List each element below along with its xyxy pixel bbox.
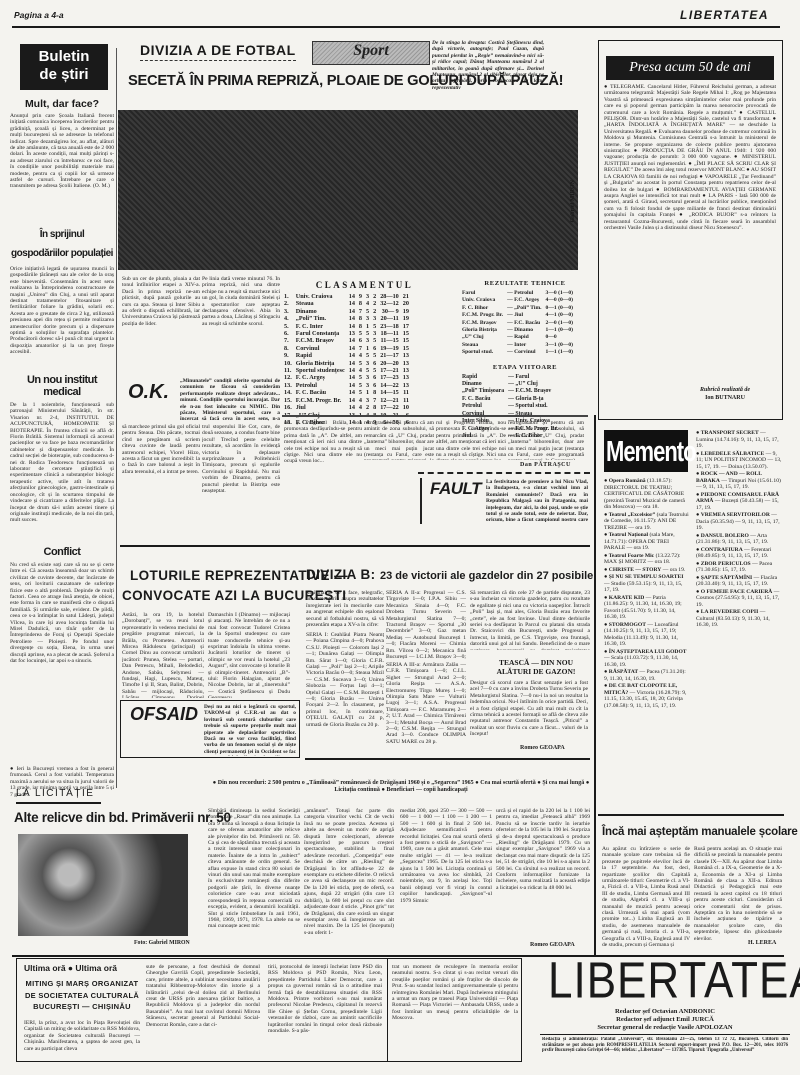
fixture-cell-home: Petrolul <box>460 403 506 410</box>
standings-cell-e: 1 <box>364 345 371 352</box>
article-text: Damaschin I (Dinamo) — mijlocași și atac… <box>208 612 290 698</box>
standings-cell-team: „Poli” Tim. <box>294 315 347 322</box>
memento-item-text: — Studio (59.53.15): 9, 11, 13, 15, 17, … <box>604 581 682 594</box>
fixture-row: „Poli” Timișoara— F.C.M. Brașov <box>460 388 560 395</box>
result-row: „U” Cluj— Rapid0—0 <box>460 334 575 341</box>
standings-cell-pos: 3. <box>282 308 294 315</box>
standings-row: 14.F. C. Bacău1451814—1511 <box>282 389 411 396</box>
standings-cell-team: F. C. Inter <box>294 323 347 330</box>
buletin-item-text: De la 1 noiembrie, funcționează sub patr… <box>10 402 114 538</box>
standings-cell-e: 3 <box>364 382 371 389</box>
result-cell-away: — F.C. Bacău <box>505 320 543 327</box>
memento-right-list: TRANSPORT SECRET — Lumina (14.74.16): 9,… <box>696 430 784 760</box>
standings-cell-v: 5 <box>357 330 364 337</box>
divizia-b-title: 23 de victorii ale gazdelor din 27 posib… <box>380 570 593 582</box>
next-round-title: ETAPA VIITOARE <box>460 364 590 371</box>
standings-cell-v: 4 <box>357 352 364 359</box>
standings-row: 16.Jiul1442817—2210 <box>282 404 411 411</box>
standings-row: 3.Dinamo1475230— 919 <box>282 308 411 315</box>
teasca-headline: TEASCĂ — DIN NOU ALĂTURI DE GAZON! <box>488 658 584 676</box>
section-rule <box>305 758 590 760</box>
memento-label: Memento <box>606 426 696 478</box>
article-text: SERIA A III-a: Armătura Zalău — C.F.R. T… <box>386 662 466 752</box>
fault-label: FAULT <box>430 479 481 499</box>
memento-item-title: TRANSPORT SECRET <box>696 430 759 436</box>
memento-item-title: STORMOGOT <box>604 622 646 628</box>
standings-cell-goals: 14—15 <box>378 389 401 396</box>
buletin-item-title: Conflict <box>10 546 114 558</box>
standings-cell-j: 14 <box>347 404 357 411</box>
fixture-cell-home: Dinamo <box>460 381 506 388</box>
standings-cell-j: 14 <box>347 382 357 389</box>
standings-cell-v: 4 <box>357 397 364 404</box>
standings-cell-goals: 30— 9 <box>378 308 401 315</box>
standings-cell-v: 8 <box>357 315 364 322</box>
article-text: rul și Progresul Brăila, nou promovata d… <box>436 420 506 460</box>
standings-cell-pos: 15. <box>282 397 294 404</box>
memento-item: ROCK — AND — ROLL BABAKA — Timpuri Noi (… <box>696 471 784 491</box>
fixture-cell-home: F. C. Bacău <box>460 396 506 403</box>
memento-item: CONTRAFIURA — Ferentari (80.49.85): 9, 1… <box>696 547 784 560</box>
standings-cell-e: 5 <box>364 330 371 337</box>
standings: CLASAMENTUL 1.Univ. Craiova1493228—10212… <box>282 280 447 426</box>
standings-cell-pos: 4. <box>282 315 294 322</box>
standings-cell-pts: 15 <box>401 345 411 352</box>
article-text: retrogradabil! Și pentru că am amintit d… <box>508 420 584 460</box>
results-table: Farul— Petrolul3—0 (1—0)Univ. Craiova— F… <box>460 290 575 357</box>
memento-item: PIEDONE COMISARUL FĂRĂ ARMĂ — Buzești (5… <box>696 492 784 512</box>
auction-photo <box>18 834 188 936</box>
standings-cell-v: 6 <box>357 337 364 344</box>
divizia-a-kicker: DIVIZIA A DE FOTBAL <box>140 42 296 61</box>
memento-item: LA REVEDERE COPII — Cultural (83.50.13):… <box>696 609 784 629</box>
standings-cell-v: 9 <box>357 293 364 300</box>
standings-cell-team: Univ. Craiova <box>294 293 347 300</box>
result-cell-home: Steaua <box>460 342 505 349</box>
table-rule <box>282 415 588 417</box>
result-cell-home: Farul <box>460 290 505 297</box>
standings-cell-pts: 11 <box>401 389 411 396</box>
result-cell-score: 1—1 (0—0) <box>544 327 576 334</box>
article-text: tirii, protocolul de intenții încheiat î… <box>268 964 382 1060</box>
standings-cell-j: 13 <box>347 330 357 337</box>
masthead-imprint: Redacția și administrația: Palatul „Univ… <box>542 1037 788 1067</box>
result-cell-home: Sportul stud. <box>460 349 505 356</box>
licitatie-deck: ● Din nou recorduri: 2 500 pentru o „Tăm… <box>212 780 590 795</box>
fixture-cell-away: — Sportul stud. <box>506 403 560 410</box>
standings-cell-team: F.C.M. Progr. Br. <box>294 397 347 404</box>
standings-cell-goals: 17—21 <box>378 367 401 374</box>
buletin-item-text: Anunțul prin care Școala Italiană frecen… <box>10 113 114 219</box>
standings-cell-pts: 11 <box>401 397 411 404</box>
standings-cell-i: 6 <box>371 345 378 352</box>
standings-cell-j: 14 <box>347 308 357 315</box>
standings-cell-pos: 2. <box>282 300 294 307</box>
standings-cell-e: 1 <box>364 389 371 396</box>
masthead-rule <box>540 1034 790 1035</box>
standings-cell-pts: 13 <box>401 352 411 359</box>
result-row: F.C.M. Progr. Br.— Jiul4—1 (0—0) <box>460 312 575 319</box>
memento-item: KARATE KID — Patria (11.86.25): 9, 11.30… <box>604 595 690 621</box>
buletin-item-title: Mult, dar face? <box>10 98 114 110</box>
standings-cell-goals: 14—22 <box>378 382 401 389</box>
standings-cell-pos: 5. <box>282 323 294 330</box>
standings-cell-pts: 10 <box>401 404 411 411</box>
standings-row: 6.Farul Constanța1355318—1115 <box>282 330 411 337</box>
presa-byline-label: Rubrică realizată de <box>700 386 750 394</box>
column-divider <box>116 48 117 788</box>
standings-cell-j: 14 <box>347 367 357 374</box>
article-text: să marcheze primul său gol oficial pentr… <box>122 424 200 534</box>
ok-label: O.K. <box>128 381 169 404</box>
result-row: F.C.M. Brașov— F.C. Bacău2—0 (1—0) <box>460 320 575 327</box>
article-text: rul și Progresul Brăila, nou promovata d… <box>284 420 362 530</box>
standings-cell-e: 2 <box>364 404 371 411</box>
standings-cell-e: 3 <box>364 397 371 404</box>
result-cell-home: „U” Cluj <box>460 334 505 341</box>
standings-cell-pts: 13 <box>401 382 411 389</box>
licitatie-headline: Alte relicve din bd. Primăverii nr. 50 <box>14 810 231 825</box>
memento-item-title: RĂSPĂTAT <box>604 669 638 675</box>
fixture-row: F. C. Bacău— Gloria B-ța <box>460 396 560 403</box>
standings-cell-pos: 7. <box>282 337 294 344</box>
memento-item: TRANSPORT SECRET — Lumina (14.74.16): 9,… <box>696 430 784 450</box>
standings-cell-j: 14 <box>347 323 357 330</box>
fixture-cell-away: — „U” Cluj <box>506 381 560 388</box>
ultima-ora-kicker: Ultima oră ● Ultima oră <box>24 963 117 973</box>
result-row: Univ. Craiova— F.C. Argeș4—0 (0—0) <box>460 297 575 304</box>
article-text: SERIA I: Ceahlăul Piatra Neamț — Poiana … <box>306 632 384 752</box>
memento-item-title: Teatrul „Excelsior” <box>604 512 655 518</box>
manuale-headline: Încă mai așteptăm manualele școlare <box>602 826 792 838</box>
standings-cell-goals: 17—23 <box>378 374 401 381</box>
standings-title: CLASAMENTUL <box>282 280 447 290</box>
result-cell-away: — F.C. Argeș <box>505 297 543 304</box>
section-rule <box>120 545 590 547</box>
fixture-row: Rapid— Farul <box>460 374 560 381</box>
standings-cell-pts: 13 <box>401 360 411 367</box>
memento-item-text: — Scala (11.03.72): 9, 11.30, 14, 16.30,… <box>604 655 678 668</box>
running-masthead: LIBERTATEA <box>680 8 769 22</box>
standings-cell-i: 3 <box>371 330 378 337</box>
standings-cell-pos: 9. <box>282 352 294 359</box>
standings-cell-v: 4 <box>357 367 364 374</box>
standings-row: 9.Rapid1445521—1713 <box>282 352 411 359</box>
masthead-title: LIBERTATEA <box>548 956 788 1007</box>
standings-cell-j: 14 <box>347 352 357 359</box>
memento-item: Opera Română (13.18.57): DIRECTORUL DE T… <box>604 478 690 511</box>
memento-item: ȘI NU SE TEMPLU SOARTEI — Studio (59.53.… <box>604 574 690 594</box>
memento-item: Teatrul „Excelsior” (sala Teatrului de C… <box>604 512 690 532</box>
masthead-staff: Redactor șef Octavian ANDRONIC Redactor … <box>540 1008 790 1032</box>
article-text: sute de persoane, a fost deschisă de dom… <box>146 964 260 1060</box>
article-text: trul stoperului Ilie Cot, care, de două … <box>202 424 280 534</box>
standings-cell-e: 4 <box>364 300 371 307</box>
standings-cell-goals: 20—20 <box>378 360 401 367</box>
buletin-item-title: Un nou institut medical <box>10 374 114 398</box>
memento-item: VREMEA SERVITORILOR — Dacia (50.35.94) —… <box>696 512 784 532</box>
memento-item-title: KARATE KID <box>604 595 644 601</box>
memento-item-title: O FEMEIE FACE CARIERĂ <box>696 589 772 595</box>
standings-cell-pos: 12. <box>282 374 294 381</box>
standings-cell-i: 5 <box>371 352 378 359</box>
standings-cell-i: 5 <box>371 323 378 330</box>
standings-cell-e: 1 <box>364 323 371 330</box>
memento-item-title: VREMEA SERVITORILOR <box>696 512 770 518</box>
fixture-cell-home: Rapid <box>460 374 506 381</box>
memento-item-text: — ora 19. <box>663 567 686 573</box>
fixture-cell-away: — Farul <box>506 374 560 381</box>
result-cell-away: — Inter <box>505 342 543 349</box>
standings-row: 5.F. C. Inter1481523—1817 <box>282 323 411 330</box>
standings-cell-j: 14 <box>347 293 357 300</box>
masthead-deputy-editor: Redactor șef adjunct Emil JURCĂ <box>540 1016 790 1024</box>
standings-cell-pts: 20 <box>401 300 411 307</box>
memento-item: ÎN AȘTEPTAREA LUI GODOT — Scala (11.03.7… <box>604 649 690 669</box>
result-cell-home: F. C. Bihor <box>460 305 505 312</box>
byline: Romeo GEOAPA <box>530 942 575 948</box>
standings-cell-pos: 6. <box>282 330 294 337</box>
standings-cell-team: F. C. Argeș <box>294 374 347 381</box>
standings-row: 12.F. C. Argeș1453617—2313 <box>282 374 411 381</box>
standings-cell-team: Jiul <box>294 404 347 411</box>
result-row: Sportul stud.— Corvinul1—1 (1—0) <box>460 349 575 356</box>
buletin-label-line1: Buletin <box>20 48 108 66</box>
standings-cell-pos: 10. <box>282 360 294 367</box>
result-cell-home: F.C.M. Progr. Br. <box>460 312 505 319</box>
standings-row: 13.Petrolul1453614—2213 <box>282 382 411 389</box>
standings-cell-e: 3 <box>364 374 371 381</box>
standings-cell-e: 5 <box>364 308 371 315</box>
memento-item-title: LEBEDELE SĂLBATICE <box>696 451 764 457</box>
memento-item: Teatrul Foarte Mic (13.22.72): MAX ȘI MO… <box>604 553 690 566</box>
fixture-cell-away: — Gloria B-ța <box>506 396 560 403</box>
standings-row: 1.Univ. Craiova1493228—1021 <box>282 293 411 300</box>
standings-cell-team: F.C.M. Brașov <box>294 337 347 344</box>
result-cell-score: 4—0 (0—0) <box>544 297 576 304</box>
standings-row: 10.Gloria Bistrița1453620—2013 <box>282 360 411 367</box>
standings-cell-i: 5 <box>371 337 378 344</box>
result-cell-away: — Jiul <box>505 312 543 319</box>
results-title: REZULTATE TEHNICE <box>460 280 590 287</box>
standings-row: 4.„Poli” Tim.1483320—1119 <box>282 315 411 322</box>
page-number: Pagina a 4-a <box>14 10 64 20</box>
buletin-item-text: Nu cred să existe soți care să nu se și … <box>10 562 114 762</box>
standings-cell-goals: 21—17 <box>378 352 401 359</box>
standings-cell-goals: 19—19 <box>378 345 401 352</box>
memento-item: ȘAPTE SĂPTĂMÎNI — Flacăra (20.33.40): 9,… <box>696 575 784 588</box>
memento-item-title: ȘAPTE SĂPTĂMÎNI <box>696 575 752 581</box>
article-text: Desigur că scorul care a făcut senzație … <box>470 680 588 740</box>
divizia-b-prefix: DIVIZIA B: <box>306 567 376 582</box>
standings-cell-v: 8 <box>357 300 364 307</box>
standings-cell-e: 3 <box>364 360 371 367</box>
memento-item-title: LA REVEDERE COPII <box>696 609 758 615</box>
result-cell-home: Gloria Bistrița <box>460 327 505 334</box>
result-cell-score: 1—1 (1—0) <box>544 349 576 356</box>
standings-cell-j: 14 <box>347 315 357 322</box>
standings-cell-v: 7 <box>357 345 364 352</box>
result-cell-score: 4—1 (0—0) <box>544 312 576 319</box>
standings-cell-j: 14 <box>347 374 357 381</box>
buletin-item-text: Orice inițiativă legată de ușurarea munc… <box>10 266 114 368</box>
result-cell-away: — Petrolul <box>505 290 543 297</box>
standings-cell-j: 14 <box>347 360 357 367</box>
presa-byline-name: Ion BUTNARU <box>700 394 750 402</box>
standings-cell-v: 5 <box>357 360 364 367</box>
article-text: Mai înainte de a face, telegrafic, un co… <box>306 590 384 630</box>
byline: Dan PĂTRAȘCU <box>520 462 571 468</box>
result-cell-home: Univ. Craiova <box>460 297 505 304</box>
standings-cell-e: 3 <box>364 337 371 344</box>
standings-cell-goals: 20—11 <box>378 315 401 322</box>
memento-item-title: Teatrul Foarte Mic <box>604 553 654 559</box>
ultima-ora-headline: MITING ȘI MARȘ ORGANIZAT DE SOCIETATEA C… <box>24 978 140 1013</box>
loturile-headline-line1: LOTURILE REPREZENTATIVE — <box>122 566 312 586</box>
standings-cell-pts: 19 <box>401 308 411 315</box>
fixture-row: Petrolul— Sportul stud. <box>460 403 560 410</box>
standings-cell-v: 8 <box>357 323 364 330</box>
standings-cell-i: 3 <box>371 315 378 322</box>
header-rule <box>12 26 780 28</box>
standings-cell-v: 5 <box>357 382 364 389</box>
standings-cell-pts: 21 <box>401 293 411 300</box>
standings-row: 11.Sportul studențesc1445517—2113 <box>282 367 411 374</box>
standings-cell-j: 14 <box>347 397 357 404</box>
standings-row: 7.F.C.M. Brașov1463511—1515 <box>282 337 411 344</box>
standings-cell-e: 3 <box>364 293 371 300</box>
memento-item-title: ZBOR PERICULOS <box>696 561 751 567</box>
standings-cell-team: Sportul studențesc <box>294 367 347 374</box>
standings-cell-pos: 14. <box>282 389 294 396</box>
result-cell-score: 0—0 <box>544 334 576 341</box>
article-text: Rusă pentru același an. O situație mai d… <box>694 846 782 940</box>
buletin-label-line2: de știri <box>20 66 108 84</box>
buletin-column: Buletin de știri Mult, dar face? Anunțul… <box>10 30 114 790</box>
memento-item: RĂSPĂTAT — Pacea (71.31.20): 9, 11.30, 1… <box>604 669 690 682</box>
result-cell-away: — „Poli” Tim. <box>505 305 543 312</box>
article-text: Astăzi, la ora 19, la hotelul „Dorobanți… <box>122 612 204 698</box>
memento-item: ZBOR PERICULOS — Pacea (71.30.85): 15, 1… <box>696 561 784 574</box>
presa-banner-label: Presa acum 50 de ani <box>629 60 751 75</box>
standings-cell-team: F. C. Bacău <box>294 389 347 396</box>
standings-cell-j: 14 <box>347 389 357 396</box>
memento-left-list: Opera Română (13.18.57): DIRECTORUL DE T… <box>604 478 690 758</box>
article-text: Pe linia dată vreme minutul 76. În prima… <box>202 276 280 376</box>
standings-cell-j: 14 <box>347 300 357 307</box>
standings-cell-pos: 8. <box>282 345 294 352</box>
standings-cell-j: 14 <box>347 345 357 352</box>
standings-cell-pos: 1. <box>282 293 294 300</box>
result-cell-away: — Dinamo <box>505 327 543 334</box>
byline: H. LEREA <box>748 940 776 946</box>
standings-cell-v: 5 <box>357 389 364 396</box>
article-text: urcă și el rapid de la 220 lei la 1 100 … <box>496 808 590 942</box>
result-row: Gloria Bistrița— Dinamo1—1 (0—0) <box>460 327 575 334</box>
standings-cell-team: Petrolul <box>294 382 347 389</box>
presa-text: ● TELEGRAME. Cancelarul Hitler, Führerul… <box>604 84 776 384</box>
standings-cell-i: 6 <box>371 374 378 381</box>
standings-cell-v: 7 <box>357 308 364 315</box>
standings-cell-v: 4 <box>357 404 364 411</box>
standings-cell-pts: 13 <box>401 374 411 381</box>
standings-cell-i: 6 <box>371 382 378 389</box>
standings-cell-e: 3 <box>364 315 371 322</box>
standings-cell-pts: 15 <box>401 330 411 337</box>
standings-cell-pts: 19 <box>401 315 411 322</box>
divizia-b-headline: DIVIZIA B: 23 de victorii ale gazdelor d… <box>306 566 596 584</box>
result-cell-away: — Rapid <box>505 334 543 341</box>
standings-cell-goals: 11—15 <box>378 337 401 344</box>
ofsaid-label: OFSAID <box>130 704 198 725</box>
ofsaid-text: Deși nu au nici o legătură cu sportul, T… <box>204 704 296 756</box>
article-text: Sub un cer de plumb, ploaia a dat tonul … <box>122 276 200 376</box>
standings-cell-team: Rapid <box>294 352 347 359</box>
standings-cell-goals: 17—22 <box>378 404 401 411</box>
memento-item-title: ȘI NU SE TEMPLU SOARTEI <box>604 574 683 580</box>
standings-cell-pos: 16. <box>282 404 294 411</box>
masthead-secretary: Secretar general de redacție Vasile APOL… <box>540 1024 790 1032</box>
standings-cell-pts: 17 <box>401 323 411 330</box>
football-photo <box>118 110 578 270</box>
standings-cell-team: Corvinul <box>294 345 347 352</box>
standings-cell-i: 2 <box>371 293 378 300</box>
memento-item: LEBEDELE SĂLBATICE — 9, 11; UN POLITIST … <box>696 451 784 471</box>
memento-item-title: ÎN AȘTEPTAREA LUI GODOT <box>604 649 687 655</box>
standings-cell-i: 8 <box>371 389 378 396</box>
memento-item: CHRISTE — STORY — ora 19. <box>604 567 690 574</box>
presa-banner: Presa acum 50 de ani <box>606 56 774 80</box>
standings-cell-e: 5 <box>364 367 371 374</box>
memento-logo: Memento <box>604 430 688 472</box>
standings-cell-i: 7 <box>371 397 378 404</box>
article-text: Sîmbătă dimineața la sediul Societății c… <box>208 808 300 950</box>
licitatie-kicker: LA LICITAȚIE <box>16 788 101 804</box>
standings-cell-e: 5 <box>364 352 371 359</box>
loturile-headline-line2: CONVOCATE AZI LA BUCUREȘTI <box>122 586 312 606</box>
column-divider <box>594 415 596 955</box>
standings-cell-i: 8 <box>371 404 378 411</box>
memento-item: Teatrul Național (sala Mare, 14.71.71): … <box>604 532 690 552</box>
memento-item-title: DANSUL BOLERO <box>696 533 749 539</box>
standings-cell-goals: 12—21 <box>378 397 401 404</box>
loturile-headline: LOTURILE REPREZENTATIVE — CONVOCATE AZI … <box>122 566 312 606</box>
result-cell-away: — Corvinul <box>505 349 543 356</box>
standings-cell-i: 5 <box>371 367 378 374</box>
standings-cell-v: 5 <box>357 374 364 381</box>
article-text: retrogradabil! Și pentru că am amintit d… <box>364 420 434 460</box>
standings-row: 8.Corvinul1471619—1915 <box>282 345 411 352</box>
article-text: trat un moment de reculegere în memoria … <box>392 964 518 1060</box>
memento-item-title: CONTRAFIURA <box>696 547 743 553</box>
ok-text: „Minunatele” condiții oferite sportului … <box>180 378 280 422</box>
section-rule <box>598 814 784 816</box>
memento-item-title: Teatrul Național <box>604 532 648 538</box>
article-text: SERIA A II-a: Progresul — C.S. Tîrgovișt… <box>386 590 466 660</box>
masthead-editor: Redactor șef Octavian ANDRONIC <box>540 1008 790 1016</box>
memento-item: O FEMEIE FACE CARIERĂ — Cosmos (27.54.95… <box>696 589 784 609</box>
memento-item-title: CHRISTE — STORY <box>604 567 661 573</box>
memento-item: STORMOGOT — Luceafărul (14.10.25): 9, 11… <box>604 622 690 648</box>
standings-cell-i: 2 <box>371 300 378 307</box>
fixture-cell-home: „Poli” Timișoara <box>460 388 506 395</box>
standings-cell-goals: 23—18 <box>378 323 401 330</box>
photo-credit: Gabriel MIRON <box>570 180 576 223</box>
standings-cell-j: 14 <box>347 337 357 344</box>
photo-caption: De la stînga la dreapta: Costică Ștefăne… <box>432 40 544 102</box>
standings-cell-goals: 32—12 <box>378 300 401 307</box>
memento-item-title: Opera Română <box>604 478 646 484</box>
